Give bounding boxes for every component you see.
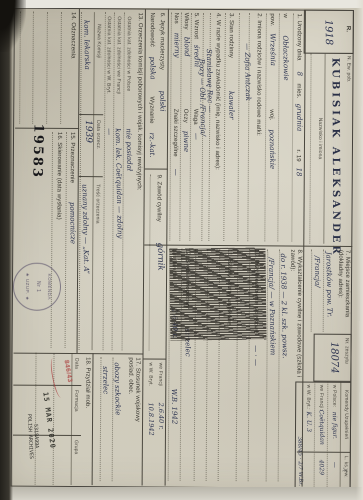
field5-label: 5. Wzrost: [192, 13, 199, 39]
field6-label: 6. Język macierzysty: [158, 13, 165, 70]
field6-narod: polska: [148, 56, 156, 79]
field1-year: 18: [295, 167, 303, 176]
field5-znaki-label: Znaki szczególne: [171, 109, 178, 157]
document-rotated: R. 1918 N. Ew. pob. KUBISIAK ALEKSANDER …: [0, 0, 362, 500]
round-komenda-stamp: KOMENDA Nr 1 ★ UZUP. ★: [13, 263, 61, 311]
field1-woj-label: woj.: [267, 109, 274, 120]
field13-th-text: Treść orzeczenia: [94, 184, 100, 224]
field13-rowval-text: uznany zdolny — „Kat. A”: [81, 184, 91, 274]
field5-wzrost: średni: [192, 45, 200, 67]
komendy-row-num: 4029: [317, 460, 325, 475]
scanned-record-card: R. 1918 N. Ew. pob. KUBISIAK ALEKSANDER …: [0, 0, 363, 500]
komendy-row-label: w W. Bryt.:: [305, 385, 311, 410]
field5-wlosy: blond: [182, 37, 190, 57]
field17-value2: strzelec: [101, 366, 110, 394]
mini-fr-label: we Francji: [157, 363, 163, 387]
field5-waga-label: Waga: [191, 109, 198, 125]
field10-value: — · —: [251, 345, 259, 366]
field1-day: 8: [295, 71, 303, 76]
field8-label: 8. Wykształcenie cywilne i zawodowe (szk…: [287, 249, 302, 379]
field18-col-formacja: Formacja: [73, 390, 79, 412]
field17-label2: posiad. obec.: [126, 357, 133, 394]
komendy-row-num: —: [330, 462, 338, 468]
field6-narod-label: Narodowość: [148, 13, 155, 47]
komendy-row-value: K. U. 3: [304, 412, 312, 433]
field15-value: pomocnicze: [68, 202, 77, 244]
field7-label: 7. Miejsce zamieszkania (dokładny adres)…: [336, 250, 351, 334]
field5-znaki: —: [172, 169, 180, 176]
field6-wyzn-label: Wyznanie: [147, 97, 154, 124]
field1-place: Obłaczkowie: [281, 35, 290, 80]
field13-th-date: Data orzecz.: [95, 120, 101, 149]
field5-oczy-label: Oczy: [181, 109, 188, 123]
field13-row2-label: Ostatnia kat. zdolności we Francji: [115, 16, 122, 94]
field17-label: 17. Stosunek wojskowy: [133, 357, 140, 422]
field3-value: kawaler: [227, 91, 236, 119]
field7-value1: Jarostków pow. Tr.: [324, 252, 333, 318]
nr-caption: Nr. zeszytu: [343, 338, 349, 364]
code-stamp: 5318A99A POLISH ARCHIVES: [26, 413, 40, 459]
scan-edge-top: [8, 0, 363, 8]
field15-label: 15. Przeznaczenie: [68, 132, 75, 183]
komendy-row-label: we Francji:: [318, 385, 324, 410]
komendy-row-num: 388/45 · 2/7 W.Br.: [295, 437, 304, 487]
mini-wb-label: w W. Bryt.: [147, 363, 153, 387]
person-name: KUBISIAK ALEKSANDER: [330, 58, 342, 257]
field18-col-grupa: Grupa: [73, 440, 79, 454]
field3-label: 3. Stan rodzinny: [227, 13, 234, 58]
field13-th-name: Nazwa Komisji: [96, 24, 102, 58]
field1-pow-label: pow.: [268, 13, 275, 26]
field2-label: 2. Imiona rodziców i nazwisko rodowe mat…: [254, 13, 262, 136]
field1-month: grudnia: [295, 103, 304, 131]
field5-nos-label: Nos: [172, 13, 179, 24]
round-stamp-line2: ★ UZUP. ★: [24, 264, 30, 310]
scan-edge-bottom: [0, 487, 363, 500]
komendy-row-value: Coëtquidan: [317, 410, 326, 445]
scan-edge-right: [356, 0, 363, 500]
crossed-out-block: [169, 248, 266, 341]
mini-fr-date: 2.6.40 r.: [157, 403, 166, 430]
field13-row3-value: —: [105, 128, 113, 135]
field13-row1-label: Ostatnia kat. zdolności w Polsce: [125, 16, 132, 91]
field16-label: 16. Skierowanie (data wysłania): [54, 132, 62, 220]
field18-col-data: Data: [73, 358, 79, 369]
field5-wlosy-label: Włosy: [182, 13, 189, 30]
name-caption: Nazwisko i imiona: [317, 118, 323, 160]
mini-wb-date: 10.8.1942: [147, 402, 156, 435]
field1-woj: poznańskie: [268, 129, 277, 169]
field13-label: 13. Orzeczenia komisji poborowych i wojs…: [135, 12, 143, 190]
field13-row1-value: nie posiadał: [125, 128, 134, 171]
field7-value2: /Francja/: [313, 256, 322, 288]
field9-value: górnik: [156, 243, 165, 271]
new-caption: N. Ew. pob.: [345, 56, 351, 83]
scan-corner-dark-blotch: [0, 0, 26, 52]
field9-label: 9. Zawód cywilny: [154, 175, 161, 222]
field6-wyzn: rz.-kat.: [148, 132, 156, 157]
field4-label: 4. W razie wypadku zawiadomić (imię, naz…: [213, 13, 221, 170]
field14-label: 14. Odznaczenia: [69, 12, 76, 59]
field12-date2: W.B. 1942: [170, 389, 179, 425]
field13-rowval-name: kom. lekarska: [82, 20, 91, 70]
r-year-handwriting: 1918: [324, 20, 332, 46]
komendy-row-label: w Polsce:: [331, 385, 337, 407]
field1-label: 1. Urodzony dnia: [295, 14, 302, 61]
komendy-row-value: nie figur.: [330, 412, 339, 439]
field1-w-label: w: [281, 13, 288, 17]
field18-label: 18. Przydział mob.: [83, 357, 90, 408]
round-stamp-line1: KOMENDA: [47, 264, 52, 310]
field5-oczy: piwne: [182, 131, 190, 153]
r-label: R.: [344, 26, 351, 32]
field17-value1: obozy szkockie: [113, 362, 122, 415]
field5-nos: mierny: [172, 33, 180, 58]
field1-r-label: r. 19: [294, 150, 301, 162]
field13-rowval-date: 1939: [84, 120, 92, 143]
field5-waga: —: [192, 133, 200, 140]
nr-value-handwriting: 18074: [329, 342, 338, 374]
field1-mies-label: mies.: [294, 84, 301, 99]
round-stamp-line3: Nr 1: [35, 264, 41, 310]
serial-number-stamp: 19583: [29, 124, 45, 180]
scan-edge-left-shadow: [0, 0, 13, 500]
field1-pow: Września: [268, 33, 277, 66]
field6-jezyk: polski: [158, 91, 166, 112]
field13-row3-label: Ostatnia kat. zdolności w W. Bryt.: [105, 16, 112, 94]
komendy-title: Komendy Uzupełnień: [343, 390, 349, 439]
